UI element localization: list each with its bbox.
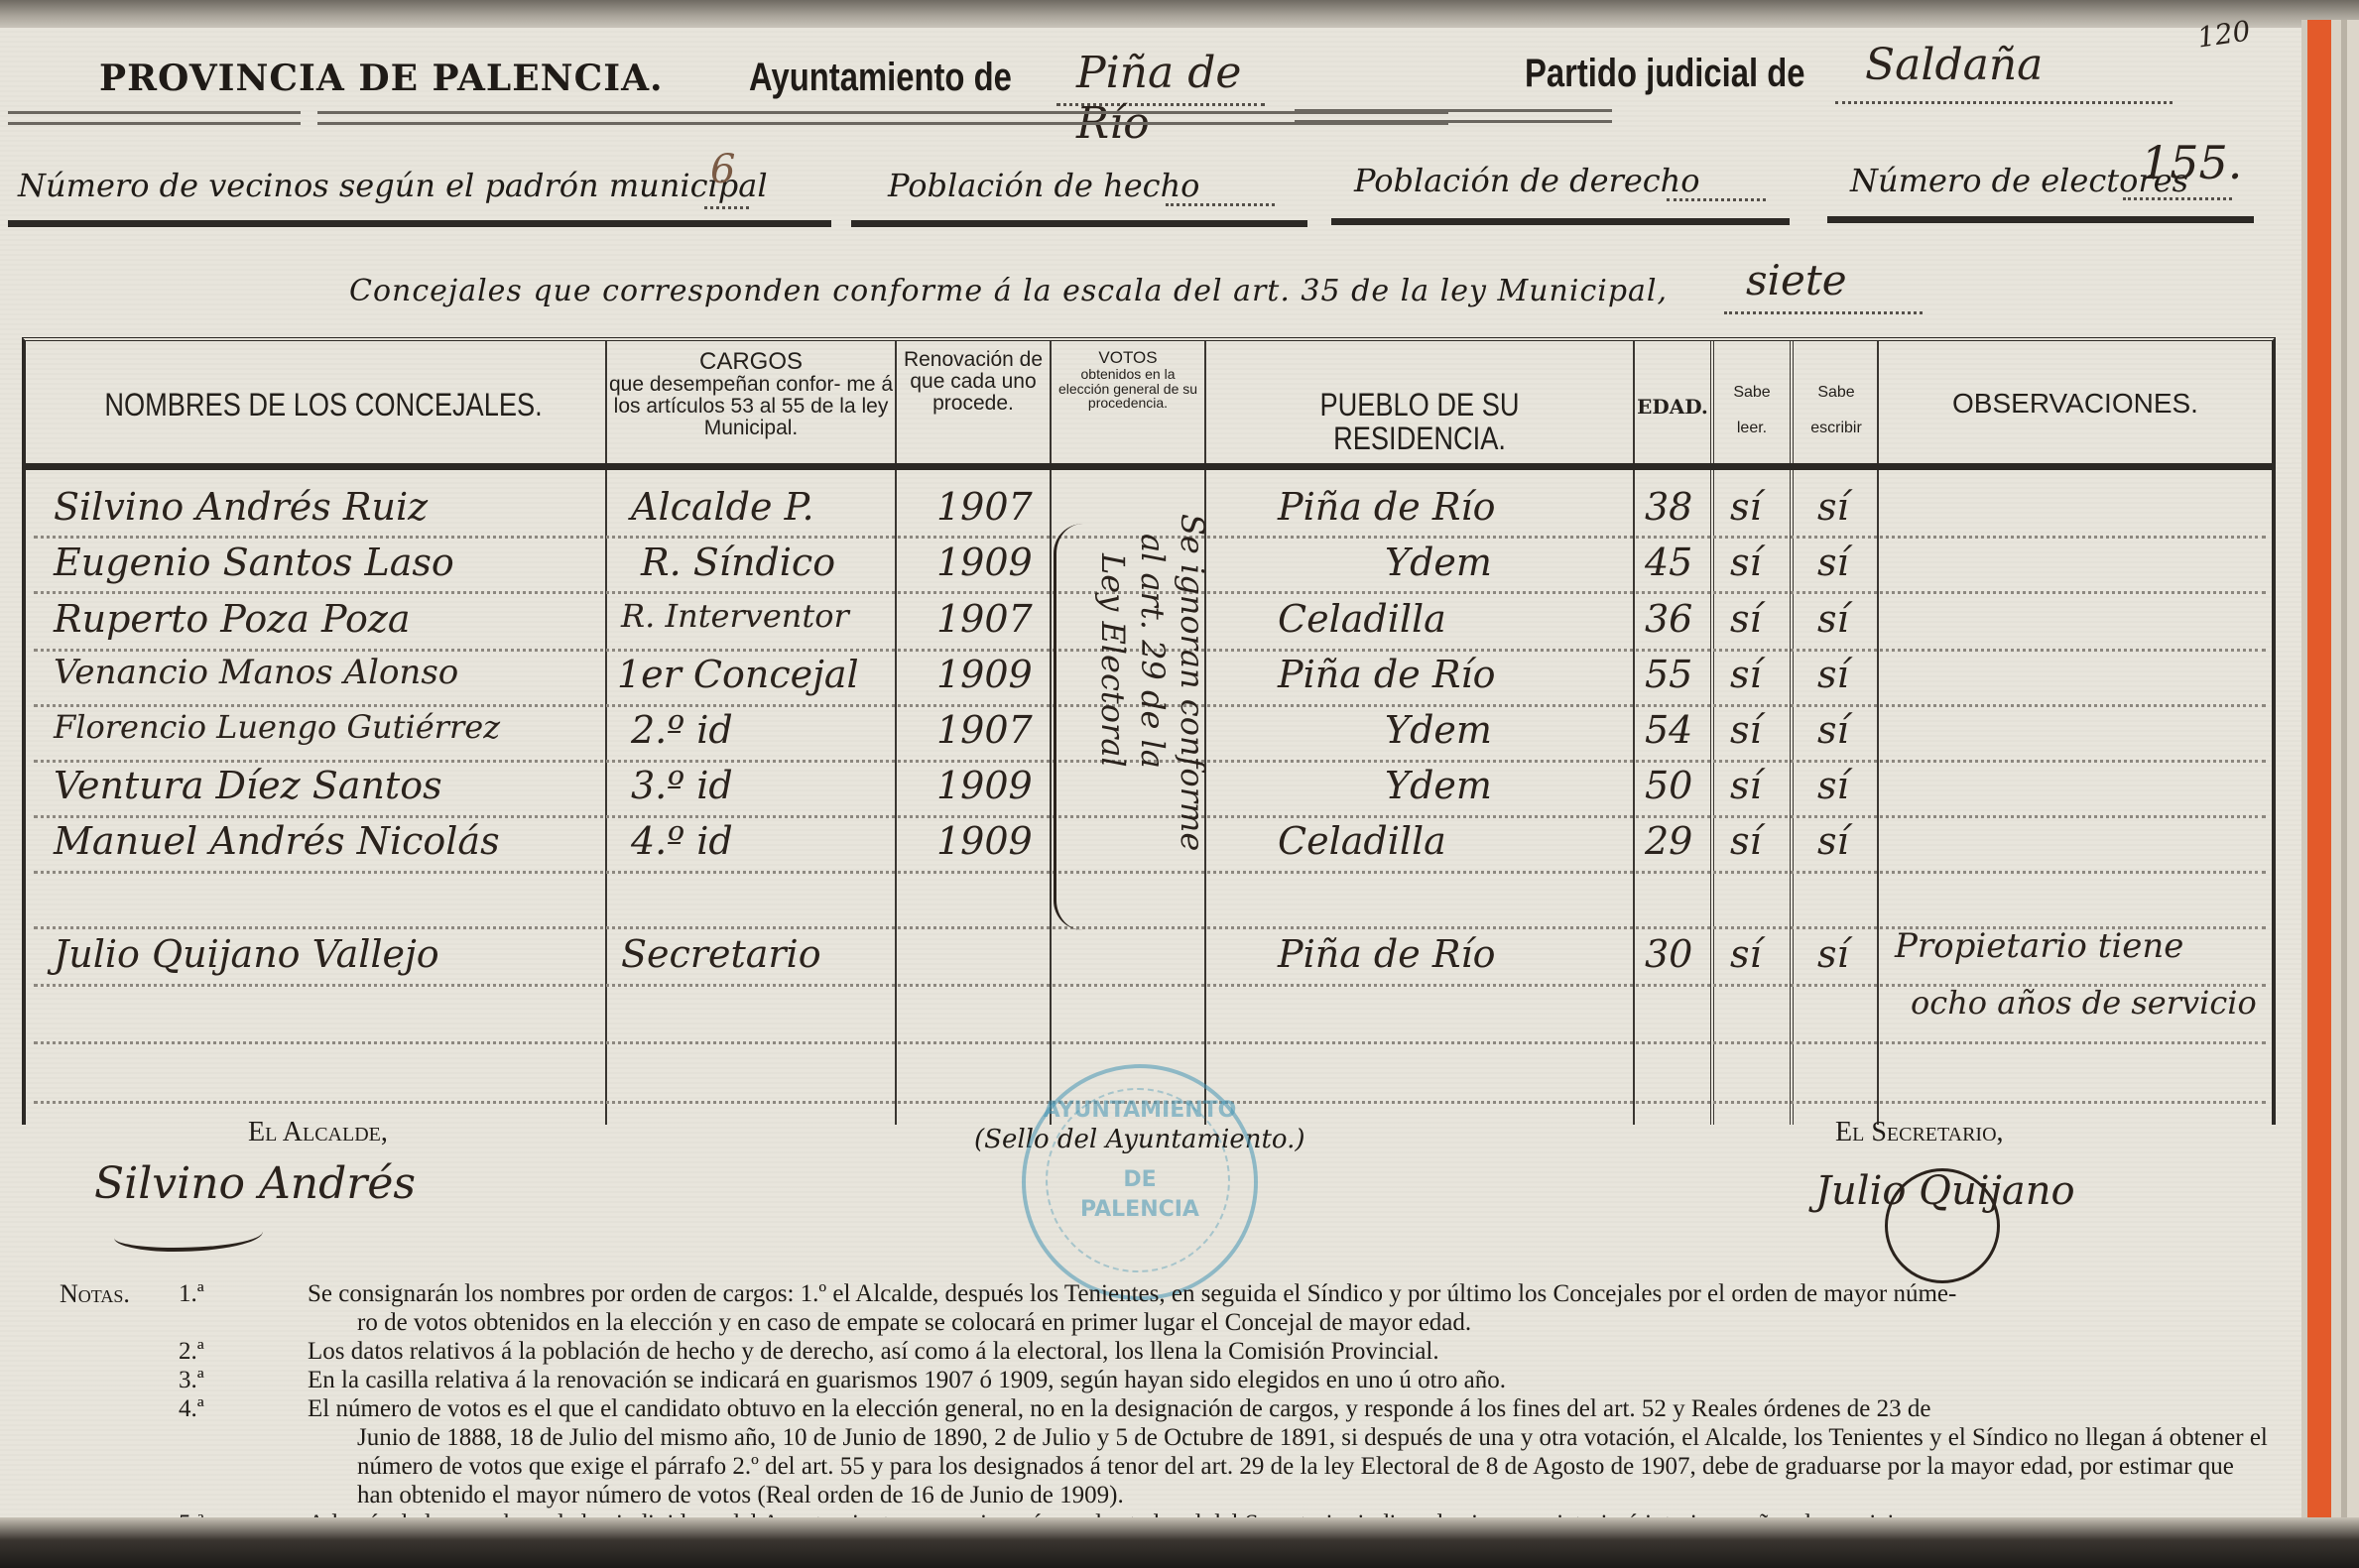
header-cargos-title: CARGOS — [609, 349, 893, 374]
cell-renovacion: 1909 — [936, 764, 1033, 807]
book-page-edges — [2301, 20, 2359, 1537]
column-divider — [1710, 341, 1714, 1125]
cell-sabe-escribir: sí — [1817, 653, 1849, 696]
seal-text: PALENCIA — [1026, 1197, 1254, 1222]
note-text: Los datos relativos á la población de he… — [308, 1337, 2272, 1366]
cell-sabe-leer: sí — [1730, 708, 1762, 752]
cell-edad: 38 — [1645, 485, 1692, 529]
poblacion-hecho-field — [1166, 181, 1275, 206]
note-number: 4.ª — [179, 1394, 204, 1423]
bracket-mark — [1054, 524, 1086, 930]
vecinos-field: 6 — [704, 177, 749, 209]
divider — [851, 220, 1307, 227]
note-number: 2.ª — [179, 1337, 204, 1366]
cell-nombre: Julio Quijano Vallejo — [54, 932, 439, 976]
cell-cargo: 3.º id — [631, 764, 733, 807]
partido-label: Partido judicial de — [1525, 52, 1805, 96]
cell-sabe-leer: sí — [1730, 653, 1762, 696]
municipal-seal-stamp: AYUNTAMIENTO DE PALENCIA — [1022, 1064, 1258, 1300]
cell-sabe-leer: sí — [1730, 597, 1762, 641]
row-line — [34, 1041, 2266, 1044]
book-binding-bottom — [0, 1517, 2359, 1568]
header-votos-subtitle: obtenidos en la elección general de su p… — [1054, 367, 1202, 411]
header-cargos-subtitle: que desempeñan confor- me á los artículo… — [609, 374, 893, 439]
electores-value: 155. — [2141, 136, 2242, 189]
divider — [317, 111, 1448, 125]
cell-pueblo: Celadilla — [1278, 819, 1446, 863]
header-renovacion: Renovación de que cada uno procede. — [899, 349, 1048, 415]
votes-note-line: al art. 29 de la — [1134, 534, 1172, 769]
cell-cargo: 1er Concejal — [617, 653, 859, 696]
province-title: PROVINCIA DE PALENCIA. — [99, 58, 664, 99]
header-divider — [26, 463, 2272, 470]
concejales-field: siete — [1724, 288, 1923, 314]
note-continuation: ro de votos obtenidos en la elección y e… — [308, 1308, 2272, 1337]
cell-renovacion: 1909 — [936, 541, 1033, 584]
ayuntamiento-label: Ayuntamiento de — [749, 56, 1012, 100]
header-pueblo: PUEBLO DE SU RESIDENCIA. — [1240, 389, 1599, 455]
ayuntamiento-field: Piña de Río — [1056, 58, 1265, 106]
poblacion-derecho-field — [1667, 177, 1766, 201]
note-number: 1.ª — [179, 1279, 204, 1308]
header-nombres: NOMBRES DE LOS CONCEJALES. — [87, 389, 559, 422]
divider — [1295, 109, 1612, 123]
cell-edad: 45 — [1645, 541, 1692, 584]
cell-edad: 54 — [1645, 708, 1692, 752]
cell-nombre: Venancio Manos Alonso — [54, 653, 458, 692]
note-text: Se consignarán los nombres por orden de … — [308, 1279, 2272, 1308]
concejales-label: Concejales que corresponden conforme á l… — [349, 274, 1668, 308]
column-divider — [895, 341, 897, 1125]
cell-renovacion: 1907 — [936, 485, 1033, 529]
vecinos-label: Número de vecinos según el padrón munici… — [18, 167, 768, 204]
poblacion-hecho-label: Población de hecho — [888, 167, 1199, 204]
cell-sabe-escribir: sí — [1817, 485, 1849, 529]
cell-observaciones: Propietario tiene — [1895, 926, 2183, 966]
column-divider — [1050, 341, 1052, 1125]
partido-value: Saldaña — [1865, 40, 2043, 90]
signature-flourish — [114, 1218, 263, 1252]
folio-number: 120 — [2195, 14, 2253, 54]
cell-renovacion: 1907 — [936, 708, 1033, 752]
cell-sabe-escribir: sí — [1817, 597, 1849, 641]
note-text: En la casilla relativa á la renovación s… — [308, 1366, 2272, 1394]
divider — [8, 220, 831, 227]
cell-edad: 36 — [1645, 597, 1692, 641]
header-cargos: CARGOS que desempeñan confor- me á los a… — [609, 349, 893, 439]
column-divider — [1790, 341, 1794, 1125]
header-sabe-leer: Sabe leer. — [1716, 375, 1788, 446]
note-item: 3.ª En la casilla relativa á la renovaci… — [60, 1366, 2272, 1394]
divider — [8, 111, 301, 125]
cell-sabe-escribir: sí — [1817, 819, 1849, 863]
alcalde-label: El Alcalde, — [248, 1117, 388, 1148]
cell-cargo: 4.º id — [631, 819, 733, 863]
column-divider — [1877, 341, 1879, 1125]
cell-edad: 50 — [1645, 764, 1692, 807]
votes-vertical-note: Se ignoran conforme al art. 29 de la Ley… — [1086, 514, 1215, 940]
cell-sabe-escribir: sí — [1817, 764, 1849, 807]
cell-edad: 30 — [1645, 932, 1692, 976]
divider — [1331, 218, 1790, 225]
cell-cargo: R. Síndico — [641, 541, 835, 584]
header-observaciones: OBSERVACIONES. — [1881, 389, 2270, 418]
cell-pueblo: Ydem — [1385, 541, 1492, 584]
seal-text: DE — [1026, 1167, 1254, 1192]
cell-sabe-escribir: sí — [1817, 932, 1849, 976]
secretario-label: El Secretario, — [1835, 1117, 2004, 1148]
electores-field: 155. — [2123, 172, 2232, 200]
votes-note-line: Se ignoran conforme — [1174, 514, 1211, 851]
cell-sabe-leer: sí — [1730, 485, 1762, 529]
seal-text: AYUNTAMIENTO — [1026, 1098, 1254, 1123]
cell-nombre: Eugenio Santos Laso — [54, 541, 454, 584]
cell-sabe-leer: sí — [1730, 764, 1762, 807]
cell-sabe-escribir: sí — [1817, 708, 1849, 752]
cell-renovacion: 1907 — [936, 597, 1033, 641]
note-continuation: Junio de 1888, 18 de Julio del mismo año… — [308, 1423, 2272, 1509]
cell-pueblo: Ydem — [1385, 708, 1492, 752]
header-votos: VOTOS obtenidos en la elección general d… — [1054, 349, 1202, 411]
cell-nombre: Florencio Luengo Gutiérrez — [54, 708, 500, 746]
cell-cargo: Secretario — [621, 932, 821, 976]
column-divider — [1633, 341, 1635, 1125]
note-item: 4.ª El número de votos es el que el cand… — [60, 1394, 2272, 1509]
cell-nombre: Ventura Díez Santos — [54, 764, 442, 807]
ayuntamiento-value: Piña de Río — [1076, 48, 1265, 149]
signature-flourish — [1885, 1168, 2000, 1283]
cell-pueblo: Ydem — [1385, 764, 1492, 807]
note-number: 3.ª — [179, 1366, 204, 1394]
note-text: El número de votos es el que el candidat… — [308, 1394, 2272, 1423]
vecinos-value: 6 — [710, 147, 735, 192]
cell-renovacion: 1909 — [936, 819, 1033, 863]
header-sabe-escribir: Sabe escribir — [1796, 375, 1877, 446]
divider — [1827, 216, 2254, 223]
form-page: PROVINCIA DE PALENCIA. Ayuntamiento de P… — [0, 28, 2301, 1525]
notes-section: Notas. 1.ª Se consignarán los nombres po… — [60, 1279, 2272, 1538]
cell-sabe-escribir: sí — [1817, 541, 1849, 584]
cell-sabe-leer: sí — [1730, 819, 1762, 863]
cell-sabe-leer: sí — [1730, 541, 1762, 584]
partido-field: Saldaña — [1835, 56, 2173, 104]
cell-pueblo: Piña de Río — [1278, 485, 1495, 529]
concejales-value: siete — [1746, 256, 1847, 304]
cell-nombre: Ruperto Poza Poza — [54, 597, 411, 641]
note-item: 2.ª Los datos relativos á la población d… — [60, 1337, 2272, 1366]
header-edad: EDAD. — [1637, 397, 1708, 418]
note-item: 1.ª Se consignarán los nombres por orden… — [60, 1279, 2272, 1337]
votes-note-line: Ley Electoral — [1094, 553, 1132, 768]
alcalde-signature: Silvino Andrés — [94, 1158, 416, 1209]
cell-nombre: Manuel Andrés Nicolás — [54, 819, 500, 863]
cell-cargo: Alcalde P. — [631, 485, 814, 529]
header-votos-title: VOTOS — [1054, 349, 1202, 367]
cell-pueblo: Piña de Río — [1278, 653, 1495, 696]
cell-edad: 29 — [1645, 819, 1692, 863]
cell-pueblo: Celadilla — [1278, 597, 1446, 641]
cell-edad: 55 — [1645, 653, 1692, 696]
column-divider — [605, 341, 607, 1125]
cell-renovacion: 1909 — [936, 653, 1033, 696]
cell-observaciones: ocho años de servicio — [1911, 984, 2257, 1022]
cell-pueblo: Piña de Río — [1278, 932, 1495, 976]
cell-sabe-leer: sí — [1730, 932, 1762, 976]
cell-cargo: 2.º id — [631, 708, 733, 752]
poblacion-derecho-label: Población de derecho — [1354, 162, 1700, 199]
cell-cargo: R. Interventor — [621, 597, 849, 635]
cell-nombre: Silvino Andrés Ruiz — [54, 485, 428, 529]
